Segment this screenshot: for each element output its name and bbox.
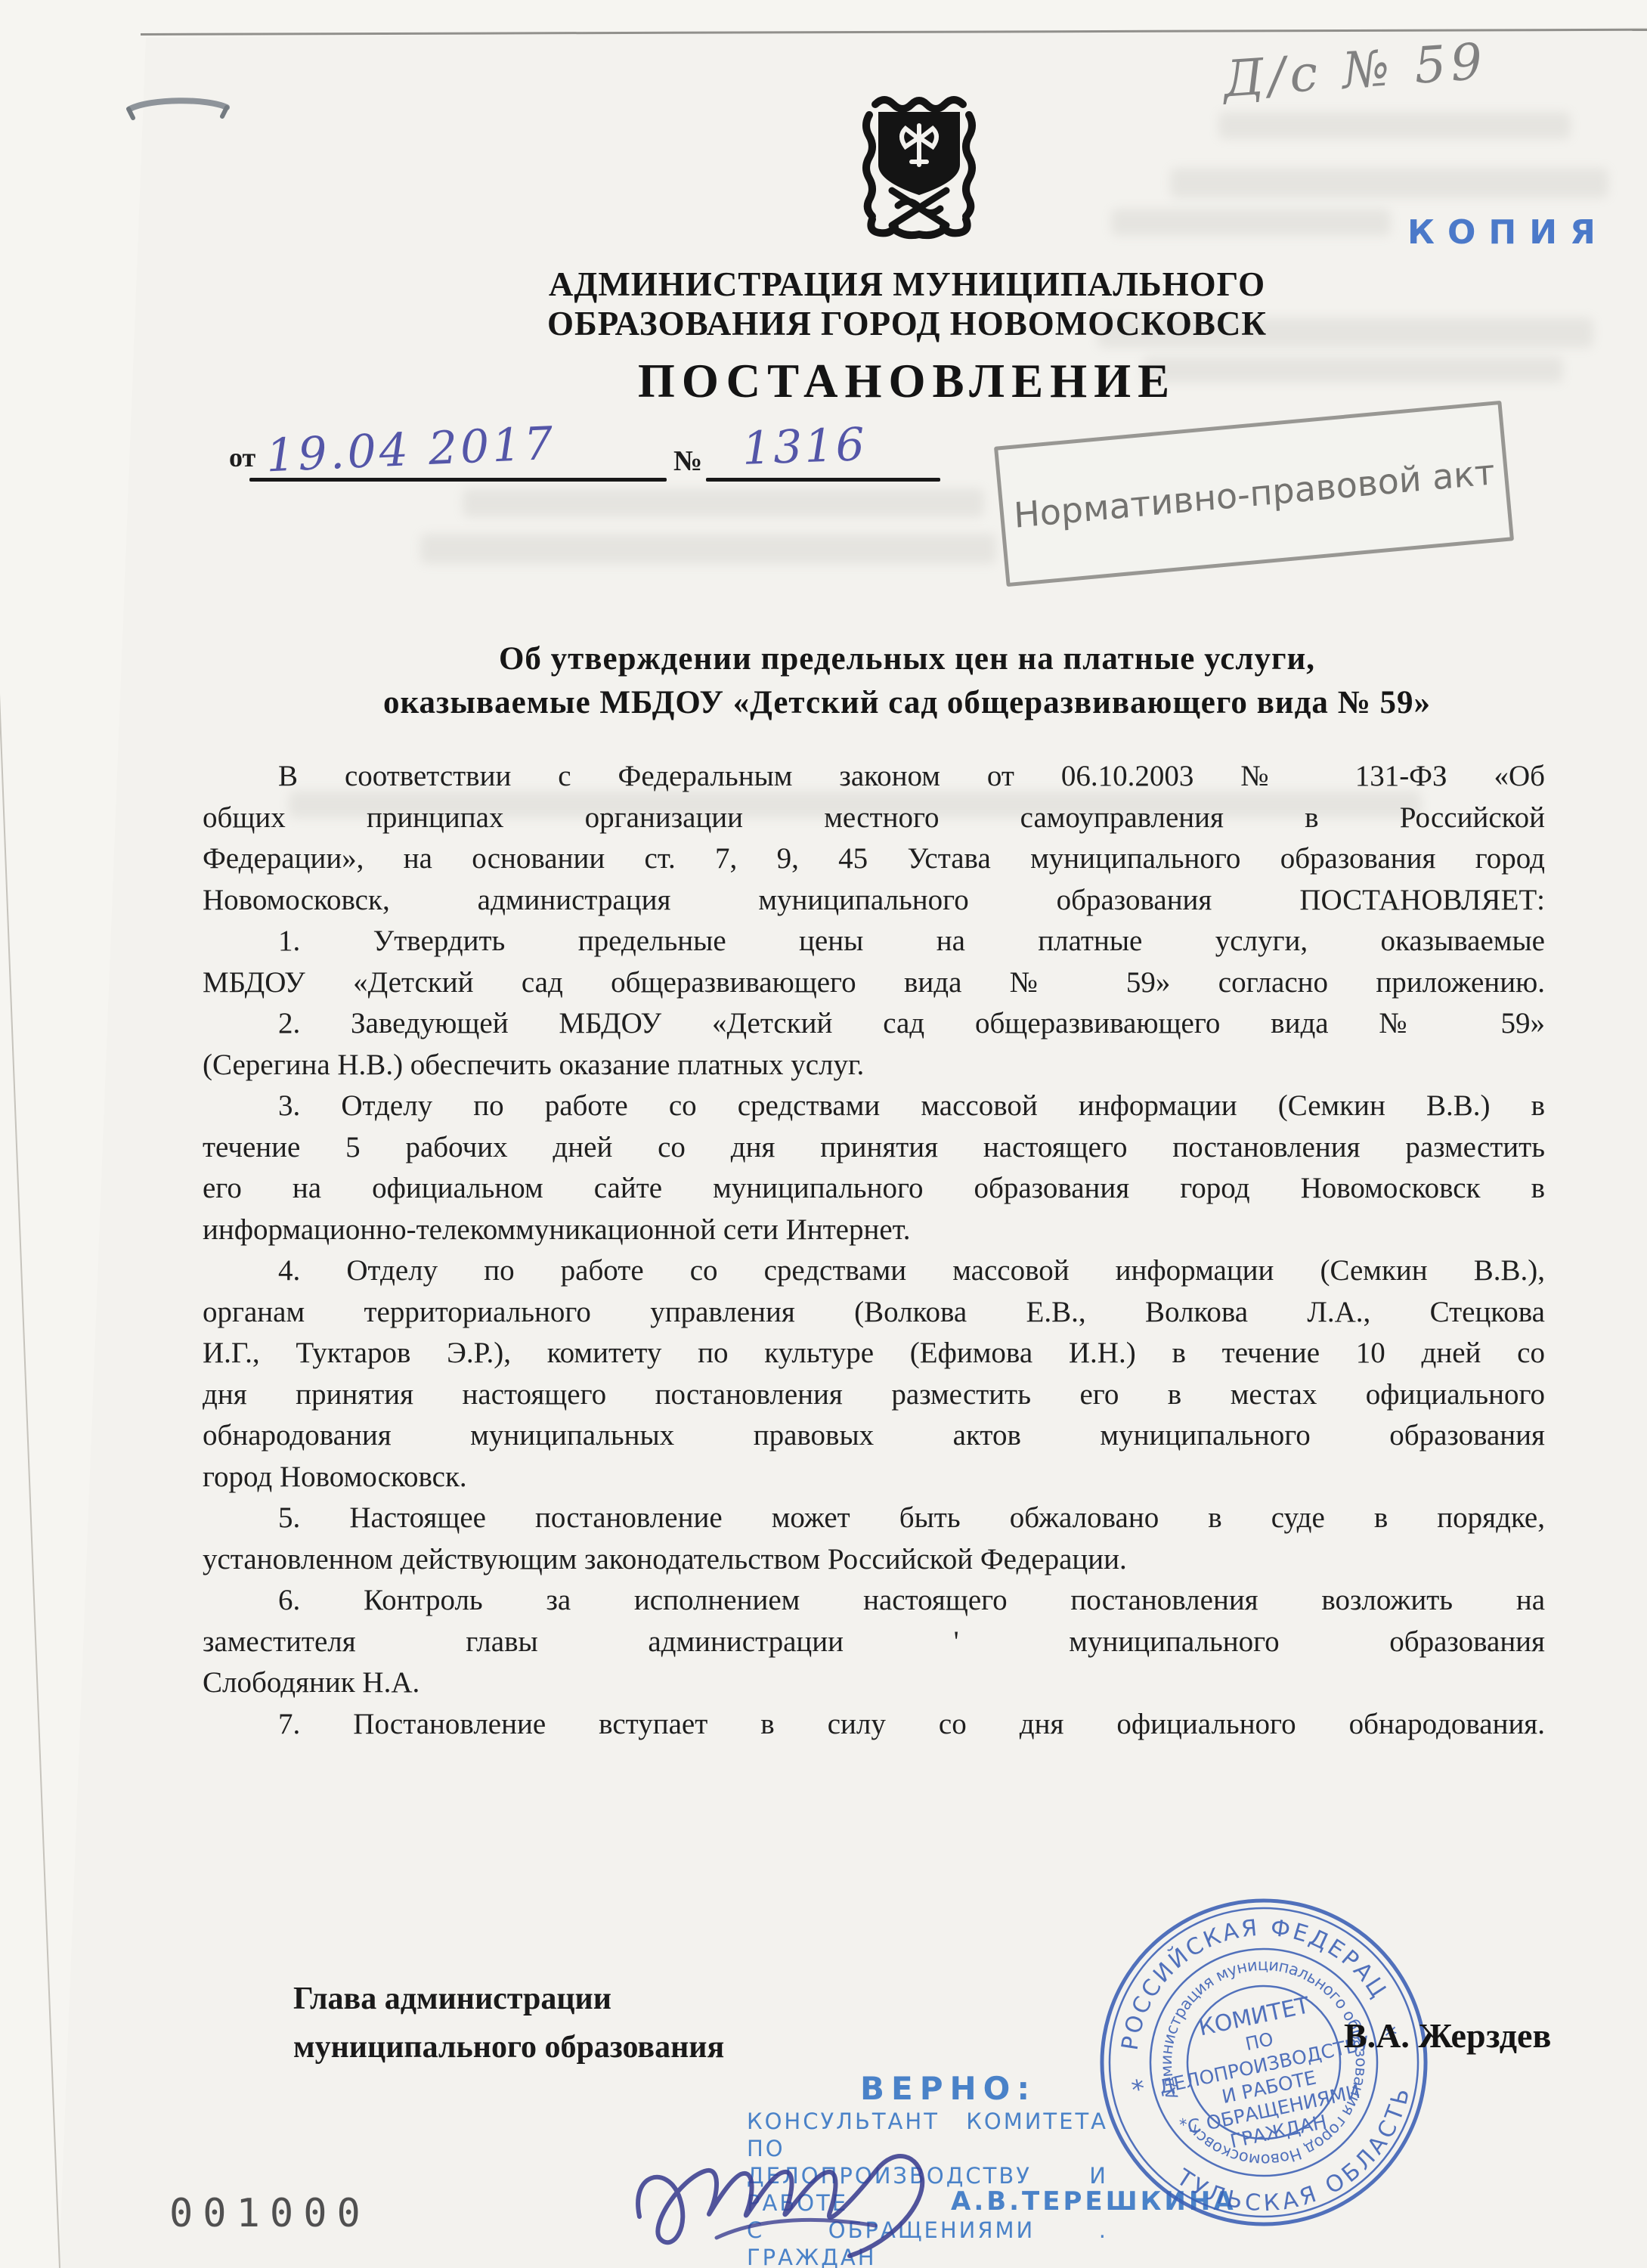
- body-line: 7. Постановление вступает в силу со дня …: [203, 1704, 1545, 1746]
- handwritten-number: 1316: [741, 418, 868, 476]
- body-line: течение 5 рабочих дней со дня принятия н…: [203, 1127, 1545, 1169]
- body-paragraph: 6. Контроль за исполнением настоящего по…: [203, 1580, 1545, 1704]
- body-line: информационно-телекоммуникационной сети …: [203, 1210, 1545, 1251]
- body-paragraph: 2. Заведующей МБДОУ «Детский сад общераз…: [203, 1003, 1545, 1086]
- signatory-name: В.А. Жерздев: [1344, 2015, 1601, 2056]
- signatory-position-line2: муниципального образования: [293, 2023, 974, 2071]
- body-line: установленном действующим законодательст…: [203, 1539, 1545, 1581]
- body-line: 3. Отделу по работе со средствами массов…: [203, 1086, 1545, 1127]
- body-line: общих принципах организации местного сам…: [203, 798, 1545, 839]
- page-left-edge: [0, 38, 60, 2268]
- organization-name: АДМИНИСТРАЦИЯ МУНИЦИПАЛЬНОГО ОБРАЗОВАНИЯ…: [166, 265, 1647, 343]
- body-line: 2. Заведующей МБДОУ «Детский сад общераз…: [203, 1003, 1545, 1045]
- body-line: обнародования муниципальных правовых акт…: [203, 1415, 1545, 1457]
- handwritten-signature: [626, 2126, 951, 2268]
- body-paragraph: 1. Утвердить предельные цены на платные …: [203, 921, 1545, 1003]
- scanned-document: Д/с № 59 КОПИЯ АДМИНИСТРАЦИЯ МУНИЦИПАЛЬН…: [0, 0, 1647, 2268]
- verno-stamp-label: ВЕРНО:: [860, 2070, 1036, 2107]
- organization-name-line2: ОБРАЗОВАНИЯ ГОРОД НОВОМОСКОВСК: [166, 304, 1647, 343]
- bleed-through-ghost: [420, 534, 996, 564]
- body-paragraph: В соответствии с Федеральным законом от …: [203, 756, 1545, 921]
- body-line: органам территориального управления (Вол…: [203, 1292, 1545, 1334]
- body-line: 4. Отделу по работе со средствами массов…: [203, 1250, 1545, 1292]
- body-line: 1. Утвердить предельные цены на платные …: [203, 921, 1545, 962]
- bleed-through-ghost: [1218, 112, 1571, 139]
- number-label: №: [673, 445, 702, 478]
- body-line: Новомосковск, администрация муниципально…: [203, 880, 1545, 922]
- seal-center-line: ПО: [1243, 2028, 1275, 2055]
- footer-sequence-number: 001000: [169, 2191, 370, 2236]
- body-paragraph: 3. Отделу по работе со средствами массов…: [203, 1086, 1545, 1250]
- body-line: И.Г., Туктаров Э.Р.), комитету по культу…: [203, 1333, 1545, 1374]
- signatory-position-line1: Глава администрации: [293, 1975, 974, 2023]
- organization-name-line1: АДМИНИСТРАЦИЯ МУНИЦИПАЛЬНОГО: [166, 265, 1647, 304]
- body-line: МБДОУ «Детский сад общеразвивающего вида…: [203, 962, 1545, 1004]
- body-line: (Серегина Н.В.) обеспечить оказание плат…: [203, 1045, 1545, 1086]
- document-title-line2: оказываемые МБДОУ «Детский сад общеразви…: [166, 681, 1647, 725]
- body-paragraph: 7. Постановление вступает в силу со дня …: [203, 1704, 1545, 1746]
- coat-of-arms-icon: [853, 92, 986, 243]
- copy-stamp: КОПИЯ: [1407, 213, 1608, 252]
- document-title: Об утверждении предельных цен на платные…: [166, 637, 1647, 725]
- body-paragraph: 4. Отделу по работе со средствами массов…: [203, 1250, 1545, 1498]
- body-line: 5. Настоящее постановление может быть об…: [203, 1498, 1545, 1539]
- date-from-label: от: [229, 442, 255, 473]
- signatory-position: Глава администрации муниципального образ…: [293, 1975, 974, 2071]
- body-paragraph: 5. Настоящее постановление может быть об…: [203, 1498, 1545, 1580]
- body-line: его на официальном сайте муниципального …: [203, 1168, 1545, 1210]
- document-type-title: ПОСТАНОВЛЕНИЕ: [166, 354, 1647, 409]
- body-line: город Новомосковск.: [203, 1457, 1545, 1498]
- body-line: Федерации», на основании ст. 7, 9, 45 Ус…: [203, 838, 1545, 880]
- staple: [121, 89, 242, 127]
- number-underline: [706, 478, 940, 482]
- body-line: дня принятия настоящего постановления ра…: [203, 1374, 1545, 1416]
- body-line: Слободяник Н.А.: [203, 1662, 1545, 1704]
- body-line: заместителя главы администрации ' муници…: [203, 1622, 1545, 1663]
- bleed-through-ghost: [1170, 168, 1608, 198]
- body-text: В соответствии с Федеральным законом от …: [203, 756, 1545, 1745]
- body-line: В соответствии с Федеральным законом от …: [203, 756, 1545, 798]
- bleed-through-ghost: [463, 488, 984, 517]
- body-line: 6. Контроль за исполнением настоящего по…: [203, 1580, 1545, 1622]
- document-title-line1: Об утверждении предельных цен на платные…: [166, 637, 1647, 681]
- normative-act-stamp-text: Нормативно-правовой акт: [1012, 451, 1495, 536]
- seal-asterisk-left: *: [1129, 2074, 1148, 2106]
- round-seal-stamp: РОССИЙСКАЯ ФЕДЕРАЦИЯ ТУЛЬСКАЯ ОБЛАСТЬ Ад…: [1090, 1888, 1438, 2236]
- bleed-through-ghost: [1111, 209, 1391, 236]
